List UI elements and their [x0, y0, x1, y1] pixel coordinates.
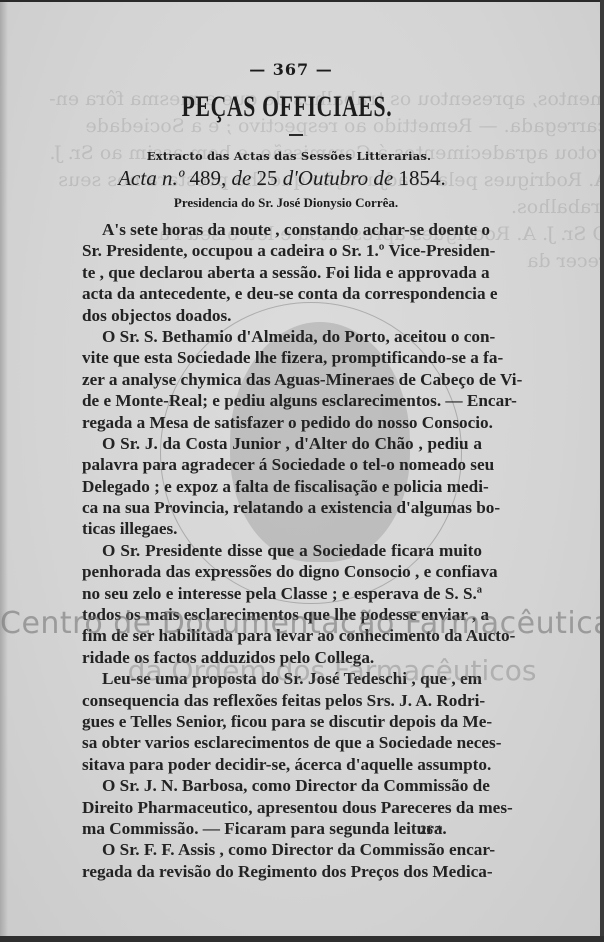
paragraph: O Sr. F. F. Assis , como Director da Com… [82, 839, 482, 882]
text-line: vite que esta Sociedade lhe fizera, prom… [82, 347, 482, 368]
text-line: ticas illegaes. [82, 518, 482, 539]
paragraph: A's sete horas da noute , constando acha… [82, 219, 482, 326]
text-line: A's sete horas da noute , constando acha… [82, 219, 482, 240]
text-line: te , que declarou aberta a sessão. Foi l… [82, 262, 482, 283]
acta-year: 1854. [399, 166, 446, 190]
text-line: consequencia das reflexões feitas pelos … [82, 690, 482, 711]
subtitle: Extracto das Actas das Sessões Litterari… [96, 149, 482, 163]
text-line: O Sr. Presidente disse que a Sociedade f… [82, 540, 482, 561]
text-line: penhorada das expressões do digno Consoc… [82, 561, 482, 582]
acta-separator: , [221, 166, 226, 190]
acta-number: 489 [189, 166, 221, 190]
acta-day: 25 [257, 166, 278, 190]
page-content: — 367 — PEÇAS OFFICIAES. Extracto das Ac… [82, 60, 482, 882]
text-line: no seu zelo e interesse pela Classe ; e … [82, 583, 482, 604]
minutes-body: A's sete horas da noute , constando acha… [82, 219, 482, 882]
presidency-line: Presidencia do Sr. José Dionysio Corrêa. [90, 195, 482, 211]
acta-heading: Acta n.º 489, de 25 d'Outubro de 1854. [82, 166, 482, 191]
text-line: regada da revisão do Regimento dos Preço… [82, 861, 482, 882]
scan-edge-right [600, 0, 604, 942]
acta-de: de [231, 166, 251, 190]
watermark-line-2: da Ordem dos Farmacêuticos [0, 654, 600, 687]
page-gutter-shadow [0, 2, 8, 936]
text-line: regada a Mesa de satisfazer o pedido do … [82, 412, 482, 433]
text-line: O Sr. S. Bethamio d'Almeida, do Porto, a… [82, 326, 482, 347]
section-title: PEÇAS OFFICIAES. [147, 90, 428, 124]
text-line: sa obter varios esclarecimentos de que a… [82, 732, 482, 753]
text-line: Sr. Presidente, occupou a cadeira o Sr. … [82, 240, 482, 261]
watermark-line-1: Centro de Documentação Farmacêutica [0, 606, 600, 641]
document-page: mentos, apresentou os trabalhos de que a… [0, 2, 600, 936]
acta-prefix: Acta n.º [118, 166, 184, 190]
text-line: palavra para agradecer á Sociedade o tel… [82, 454, 482, 475]
text-line: de e Monte-Real; e pediu alguns esclarec… [82, 390, 482, 411]
text-line: acta da antecedente, e deu-se conta da c… [82, 283, 482, 304]
paragraph: O Sr. S. Bethamio d'Almeida, do Porto, a… [82, 326, 482, 433]
text-line: Direito Pharmaceutico, apresentou dous P… [82, 797, 482, 818]
scan-edge-bottom [0, 936, 604, 942]
signature-mark: 26 * [420, 822, 443, 838]
paragraph: O Sr. Presidente disse que a Sociedade f… [82, 540, 482, 668]
text-line: O Sr. J. da Costa Junior , d'Alter do Ch… [82, 433, 482, 454]
text-line: dos objectos doados. [82, 305, 482, 326]
text-line: O Sr. F. F. Assis , como Director da Com… [82, 839, 482, 860]
text-line: Delegado ; e expoz a falta de fiscalisaç… [82, 476, 482, 497]
title-rule-divider [289, 134, 303, 136]
text-line: zer a analyse chymica das Aguas-Mineraes… [82, 369, 482, 390]
text-line: O Sr. J. N. Barbosa, como Director da Co… [82, 775, 482, 796]
acta-month: d'Outubro de [283, 166, 393, 190]
paragraph: O Sr. J. da Costa Junior , d'Alter do Ch… [82, 433, 482, 540]
text-line: sitava para poder decidir-se, ácerca d'a… [82, 754, 482, 775]
page-number: — 367 — [100, 60, 482, 86]
text-line: gues e Telles Senior, ficou para se disc… [82, 711, 482, 732]
text-line: ca na sua Provincia, relatando a existen… [82, 497, 482, 518]
